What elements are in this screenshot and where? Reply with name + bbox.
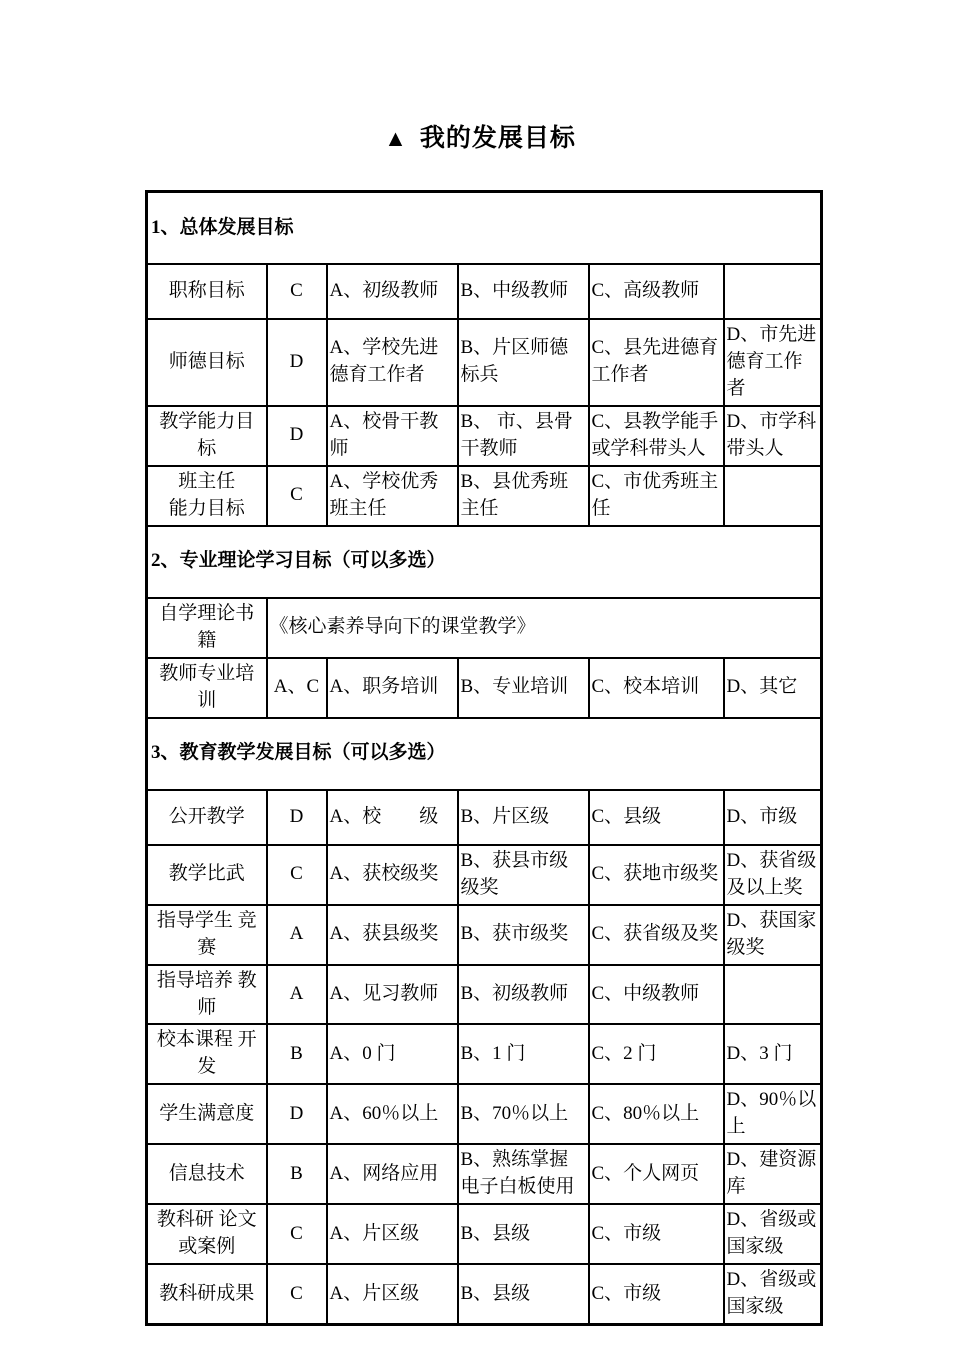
document-page: ▲我的发展目标 1、总体发展目标职称目标CA、初级教师B、中级教师C、高级教师师… xyxy=(0,0,960,1357)
table-row: 校本课程 开发BA、0 门B、1 门C、2 门D、3 门 xyxy=(147,1024,822,1084)
item-label-cell: 指导培养 教师 xyxy=(147,965,267,1025)
option-cell-d: D、市先进德育工作者 xyxy=(724,319,822,406)
option-cell-c: C、获省级及奖 xyxy=(589,905,724,965)
goals-table-body: 1、总体发展目标职称目标CA、初级教师B、中级教师C、高级教师师德目标DA、学校… xyxy=(147,192,822,1325)
option-cell-c: C、高级教师 xyxy=(589,264,724,319)
item-label-cell: 公开教学 xyxy=(147,790,267,845)
table-row: 教学比武CA、获校级奖B、获县市级级奖C、获地市级奖D、获省级及以上奖 xyxy=(147,845,822,905)
option-cell-a: A、见习教师 xyxy=(327,965,458,1025)
option-cell-d: D、其它 xyxy=(724,658,822,718)
section-header-cell: 1、总体发展目标 xyxy=(147,192,822,265)
option-cell-d xyxy=(724,965,822,1025)
item-label-cell: 班主任 能力目标 xyxy=(147,466,267,526)
option-cell-a: A、学校优秀班主任 xyxy=(327,466,458,526)
option-cell-d: D、获省级及以上奖 xyxy=(724,845,822,905)
table-row: 指导培养 教师AA、见习教师B、初级教师C、中级教师 xyxy=(147,965,822,1025)
option-cell-c: C、县先进德育工作者 xyxy=(589,319,724,406)
table-row: 职称目标CA、初级教师B、中级教师C、高级教师 xyxy=(147,264,822,319)
option-cell-b: B、70％以上 xyxy=(458,1084,589,1144)
option-cell-b: B、熟练掌握电子白板使用 xyxy=(458,1144,589,1204)
book-title-cell: 《核心素养导向下的课堂教学》 xyxy=(267,598,822,658)
table-row: 指导学生 竞赛AA、获县级奖B、获市级奖C、获省级及奖D、获国家级奖 xyxy=(147,905,822,965)
table-row: 自学理论书籍《核心素养导向下的课堂教学》 xyxy=(147,598,822,658)
option-cell-b: B、专业培训 xyxy=(458,658,589,718)
option-cell-d: D、获国家级奖 xyxy=(724,905,822,965)
item-label-cell: 校本课程 开发 xyxy=(147,1024,267,1084)
item-label-cell: 信息技术 xyxy=(147,1144,267,1204)
table-row: 教科研 论文或案例CA、片区级B、县级C、市级D、省级或国家级 xyxy=(147,1204,822,1264)
section-header-cell: 3、教育教学发展目标（可以多选） xyxy=(147,718,822,790)
option-cell-d: D、市级 xyxy=(724,790,822,845)
item-label-cell: 教科研 论文或案例 xyxy=(147,1204,267,1264)
section-header-cell: 2、专业理论学习目标（可以多选） xyxy=(147,526,822,598)
option-cell-b: B、 市、县骨干教师 xyxy=(458,406,589,466)
option-cell-d: D、3 门 xyxy=(724,1024,822,1084)
option-cell-a: A、初级教师 xyxy=(327,264,458,319)
option-cell-b: B、中级教师 xyxy=(458,264,589,319)
option-cell-c: C、市优秀班主任 xyxy=(589,466,724,526)
table-row: 信息技术BA、网络应用B、熟练掌握电子白板使用C、个人网页D、建资源库 xyxy=(147,1144,822,1204)
option-cell-a: A、学校先进德育工作者 xyxy=(327,319,458,406)
table-row: 教学能力目标DA、校骨干教师B、 市、县骨干教师C、县教学能手或学科带头人D、市… xyxy=(147,406,822,466)
page-title: ▲我的发展目标 xyxy=(0,0,960,157)
table-row: 学生满意度DA、60％以上B、70％以上C、80％以上D、90％以上 xyxy=(147,1084,822,1144)
section-header-row: 3、教育教学发展目标（可以多选） xyxy=(147,718,822,790)
option-cell-d: D、市学科带头人 xyxy=(724,406,822,466)
item-label-cell: 教科研成果 xyxy=(147,1264,267,1324)
option-cell-d xyxy=(724,264,822,319)
table-row: 教科研成果CA、片区级B、县级C、市级D、省级或国家级 xyxy=(147,1264,822,1324)
section-header-row: 1、总体发展目标 xyxy=(147,192,822,265)
option-cell-d: D、建资源库 xyxy=(724,1144,822,1204)
option-cell-b: B、1 门 xyxy=(458,1024,589,1084)
option-cell-a: A、片区级 xyxy=(327,1204,458,1264)
option-cell-b: B、获市级奖 xyxy=(458,905,589,965)
item-label-cell: 教师专业培训 xyxy=(147,658,267,718)
selected-answer-cell: A、C xyxy=(267,658,327,718)
item-label-cell: 师德目标 xyxy=(147,319,267,406)
option-cell-d: D、省级或国家级 xyxy=(724,1264,822,1324)
selected-answer-cell: C xyxy=(267,1204,327,1264)
selected-answer-cell: C xyxy=(267,1264,327,1324)
item-label-cell: 学生满意度 xyxy=(147,1084,267,1144)
option-cell-a: A、获县级奖 xyxy=(327,905,458,965)
option-cell-c: C、80％以上 xyxy=(589,1084,724,1144)
option-cell-b: B、片区师德标兵 xyxy=(458,319,589,406)
table-row: 师德目标DA、学校先进德育工作者B、片区师德标兵C、县先进德育工作者D、市先进德… xyxy=(147,319,822,406)
page-title-text: 我的发展目标 xyxy=(420,125,576,152)
option-cell-c: C、县教学能手或学科带头人 xyxy=(589,406,724,466)
item-label-cell: 教学能力目标 xyxy=(147,406,267,466)
option-cell-b: B、片区级 xyxy=(458,790,589,845)
option-cell-c: C、县级 xyxy=(589,790,724,845)
option-cell-c: C、2 门 xyxy=(589,1024,724,1084)
selected-answer-cell: C xyxy=(267,264,327,319)
option-cell-b: B、县级 xyxy=(458,1204,589,1264)
item-label-cell: 指导学生 竞赛 xyxy=(147,905,267,965)
table-row: 教师专业培训A、CA、职务培训B、专业培训C、校本培训D、其它 xyxy=(147,658,822,718)
selected-answer-cell: C xyxy=(267,845,327,905)
item-label-cell: 自学理论书籍 xyxy=(147,598,267,658)
option-cell-c: C、市级 xyxy=(589,1264,724,1324)
option-cell-a: A、网络应用 xyxy=(327,1144,458,1204)
option-cell-d: D、省级或国家级 xyxy=(724,1204,822,1264)
option-cell-a: A、片区级 xyxy=(327,1264,458,1324)
option-cell-a: A、获校级奖 xyxy=(327,845,458,905)
selected-answer-cell: A xyxy=(267,965,327,1025)
option-cell-c: C、获地市级奖 xyxy=(589,845,724,905)
option-cell-a: A、校 级 xyxy=(327,790,458,845)
selected-answer-cell: D xyxy=(267,319,327,406)
option-cell-c: C、中级教师 xyxy=(589,965,724,1025)
table-row: 公开教学DA、校 级B、片区级C、县级D、市级 xyxy=(147,790,822,845)
option-cell-d: D、90％以上 xyxy=(724,1084,822,1144)
selected-answer-cell: B xyxy=(267,1144,327,1204)
selected-answer-cell: C xyxy=(267,466,327,526)
option-cell-c: C、市级 xyxy=(589,1204,724,1264)
option-cell-c: C、校本培训 xyxy=(589,658,724,718)
selected-answer-cell: A xyxy=(267,905,327,965)
selected-answer-cell: D xyxy=(267,406,327,466)
section-header-row: 2、专业理论学习目标（可以多选） xyxy=(147,526,822,598)
option-cell-a: A、校骨干教师 xyxy=(327,406,458,466)
item-label-cell: 教学比武 xyxy=(147,845,267,905)
option-cell-b: B、获县市级级奖 xyxy=(458,845,589,905)
option-cell-a: A、60％以上 xyxy=(327,1084,458,1144)
selected-answer-cell: B xyxy=(267,1024,327,1084)
option-cell-a: A、职务培训 xyxy=(327,658,458,718)
development-goals-table: 1、总体发展目标职称目标CA、初级教师B、中级教师C、高级教师师德目标DA、学校… xyxy=(145,190,823,1326)
option-cell-b: B、县优秀班主任 xyxy=(458,466,589,526)
selected-answer-cell: D xyxy=(267,1084,327,1144)
table-row: 班主任 能力目标CA、学校优秀班主任B、县优秀班主任C、市优秀班主任 xyxy=(147,466,822,526)
triangle-icon: ▲ xyxy=(384,126,407,151)
option-cell-b: B、初级教师 xyxy=(458,965,589,1025)
option-cell-d xyxy=(724,466,822,526)
selected-answer-cell: D xyxy=(267,790,327,845)
option-cell-c: C、个人网页 xyxy=(589,1144,724,1204)
option-cell-b: B、县级 xyxy=(458,1264,589,1324)
option-cell-a: A、0 门 xyxy=(327,1024,458,1084)
item-label-cell: 职称目标 xyxy=(147,264,267,319)
